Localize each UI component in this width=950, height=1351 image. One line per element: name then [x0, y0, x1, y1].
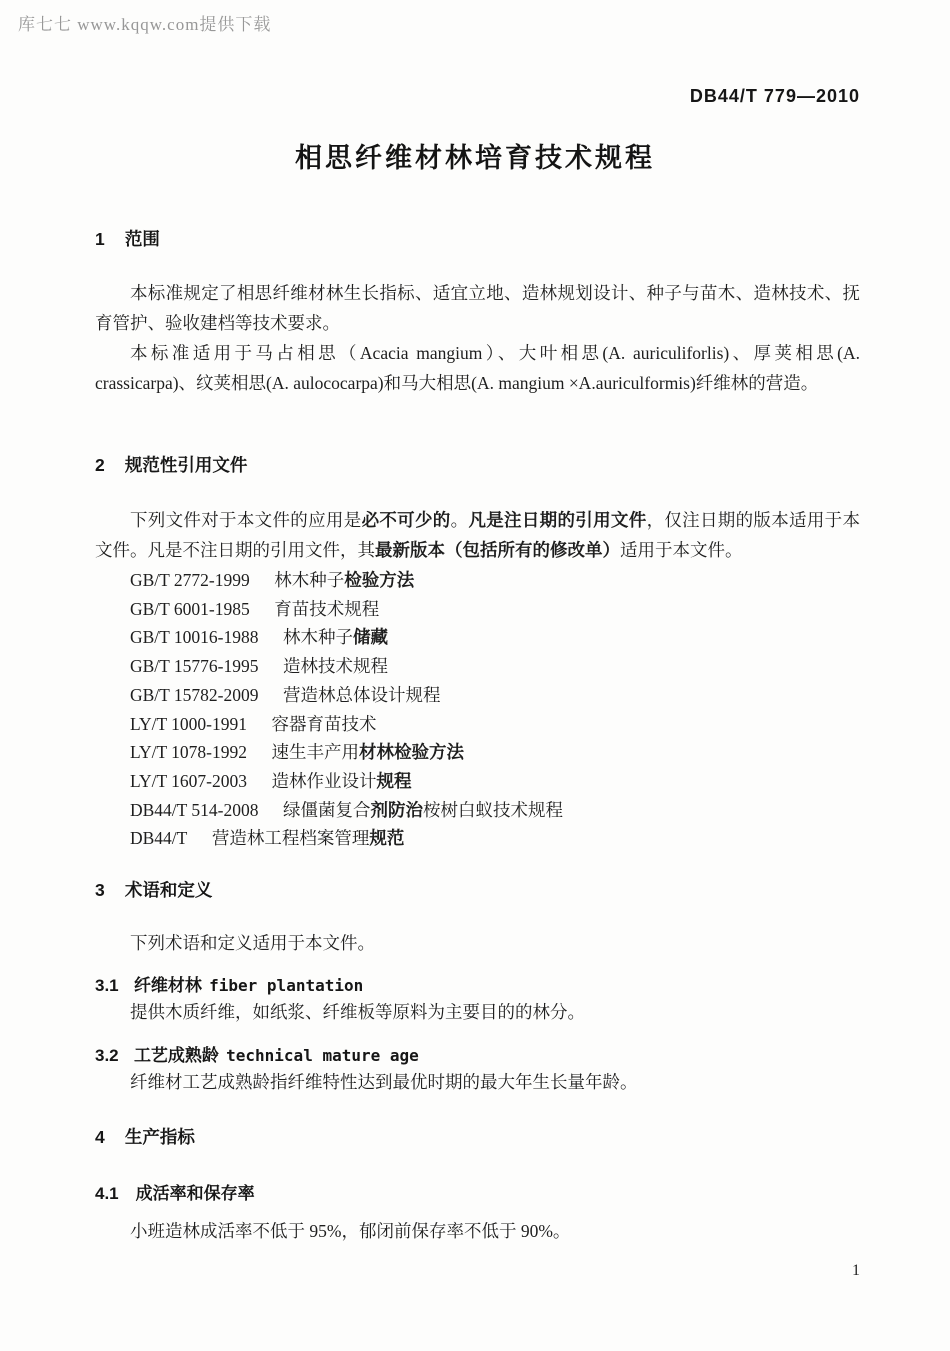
reference-list: GB/T 2772-1999林木种子检验方法 GB/T 6001-1985育苗技…: [95, 566, 860, 853]
section-1-paragraph-1: 本标准规定了相思纤维材林生长指标、适宜立地、造林规划设计、种子与苗木、造林技术、…: [95, 278, 860, 338]
reference-code: LY/T 1078-1992: [130, 742, 247, 762]
intro-bold-3: 最新版本（包括所有的修改单）: [375, 540, 620, 560]
reference-title: 容器育苗技术: [272, 714, 377, 734]
reference-title-bold: 剂防治: [371, 800, 424, 820]
reference-title-bold: 规程: [377, 771, 412, 791]
term-3-2-number: 3.2: [95, 1046, 119, 1065]
reference-title-bold: 检验方法: [344, 570, 414, 590]
document-title: 相思纤维材林培育技术规程: [0, 136, 950, 175]
reference-code: LY/T 1607-2003: [130, 771, 247, 791]
intro-bold-1: 必不可少的: [362, 510, 451, 530]
reference-title-post: 桉树白蚁技术规程: [423, 800, 563, 820]
term-3-2-heading: 3.2工艺成熟龄technical mature age: [95, 1041, 860, 1066]
intro-bold-2: 凡是注日期的引用文件: [468, 510, 646, 530]
section-4-number: 4: [95, 1127, 105, 1147]
reference-title: 营造林总体设计规程: [283, 685, 441, 705]
term-3-2-definition: 纤维材工艺成熟龄指纤维特性达到最优时期的最大年生长量年龄。: [95, 1068, 895, 1097]
reference-title: 育苗技术规程: [274, 599, 379, 619]
section-1-number: 1: [95, 229, 105, 249]
reference-title: 速生丰产用: [272, 742, 360, 762]
watermark-text: 库七七 www.kqqw.com提供下载: [18, 10, 271, 35]
term-3-1-name-en: fiber plantation: [209, 976, 363, 995]
reference-code: LY/T 1000-1991: [130, 714, 247, 734]
document-page: 库七七 www.kqqw.com提供下载 DB44/T 779—2010 相思纤…: [0, 0, 950, 1351]
reference-title: 造林技术规程: [283, 656, 388, 676]
reference-item: DB44/T营造林工程档案管理规范: [95, 824, 860, 853]
term-3-2-name-en: technical mature age: [226, 1046, 419, 1065]
page-number: 1: [852, 1262, 860, 1280]
term-3-1-heading: 3.1纤维材林fiber plantation: [95, 971, 860, 996]
section-4-1-number: 4.1: [95, 1184, 119, 1203]
reference-code: GB/T 6001-1985: [130, 599, 250, 619]
intro-text-1: 下列文件对于本文件的应用是: [130, 510, 362, 530]
section-4-heading: 4生产指标: [95, 1124, 860, 1149]
reference-title-bold: 规范: [369, 828, 404, 848]
section-2-title: 规范性引用文件: [125, 455, 248, 475]
reference-title: 营造林工程档案管理: [212, 828, 370, 848]
term-3-1-definition: 提供木质纤维，如纸浆、纤维板等原料为主要目的的林分。: [95, 998, 895, 1027]
section-2-number: 2: [95, 455, 105, 475]
reference-title-bold: 储藏: [353, 627, 388, 647]
reference-code: GB/T 15776-1995: [130, 656, 259, 676]
section-4-1-title: 成活率和保存率: [136, 1184, 255, 1203]
term-3-1-number: 3.1: [95, 976, 119, 995]
intro-text-4: 适用于本文件。: [620, 540, 743, 560]
section-1-title: 范围: [125, 229, 160, 249]
reference-item: GB/T 6001-1985育苗技术规程: [95, 595, 860, 624]
section-3-heading: 3术语和定义: [95, 877, 860, 902]
doc-number: DB44/T 779—2010: [690, 86, 860, 107]
reference-item: DB44/T 514-2008绿僵菌复合剂防治桉树白蚁技术规程: [95, 796, 860, 825]
section-2-intro: 下列文件对于本文件的应用是必不可少的。凡是注日期的引用文件，仅注日期的版本适用于…: [95, 505, 860, 565]
reference-item: LY/T 1607-2003造林作业设计规程: [95, 767, 860, 796]
reference-item: GB/T 2772-1999林木种子检验方法: [95, 566, 860, 595]
reference-title: 绿僵菌复合: [283, 800, 371, 820]
reference-code: GB/T 2772-1999: [130, 570, 250, 590]
reference-title: 林木种子: [274, 570, 344, 590]
reference-title: 造林作业设计: [272, 771, 377, 791]
reference-item: LY/T 1078-1992速生丰产用材林检验方法: [95, 738, 860, 767]
intro-text-2: 。: [451, 510, 469, 530]
reference-code: GB/T 15782-2009: [130, 685, 259, 705]
section-3-title: 术语和定义: [125, 880, 213, 900]
section-3-number: 3: [95, 880, 105, 900]
reference-code: DB44/T 514-2008: [130, 800, 259, 820]
section-3-intro: 下列术语和定义适用于本文件。: [95, 928, 860, 958]
reference-item: GB/T 10016-1988林木种子储藏: [95, 623, 860, 652]
term-3-2-name-zh: 工艺成熟龄: [134, 1046, 219, 1065]
reference-item: GB/T 15782-2009营造林总体设计规程: [95, 681, 860, 710]
reference-code: DB44/T: [130, 828, 187, 848]
section-1-heading: 1范围: [95, 226, 860, 251]
section-4-1-heading: 4.1成活率和保存率: [95, 1179, 860, 1204]
term-3-1-name-zh: 纤维材林: [134, 976, 202, 995]
section-4-1-paragraph: 小班造林成活率不低于 95%，郁闭前保存率不低于 90%。: [95, 1216, 860, 1246]
section-1-paragraph-2: 本标准适用于马占相思（Acacia mangium）、大叶相思(A. auric…: [95, 338, 860, 398]
reference-title: 林木种子: [283, 627, 353, 647]
section-4-title: 生产指标: [125, 1127, 195, 1147]
reference-item: LY/T 1000-1991容器育苗技术: [95, 710, 860, 739]
reference-item: GB/T 15776-1995造林技术规程: [95, 652, 860, 681]
reference-code: GB/T 10016-1988: [130, 627, 259, 647]
reference-title-bold: 材林检验方法: [359, 742, 464, 762]
section-2-heading: 2规范性引用文件: [95, 452, 860, 477]
